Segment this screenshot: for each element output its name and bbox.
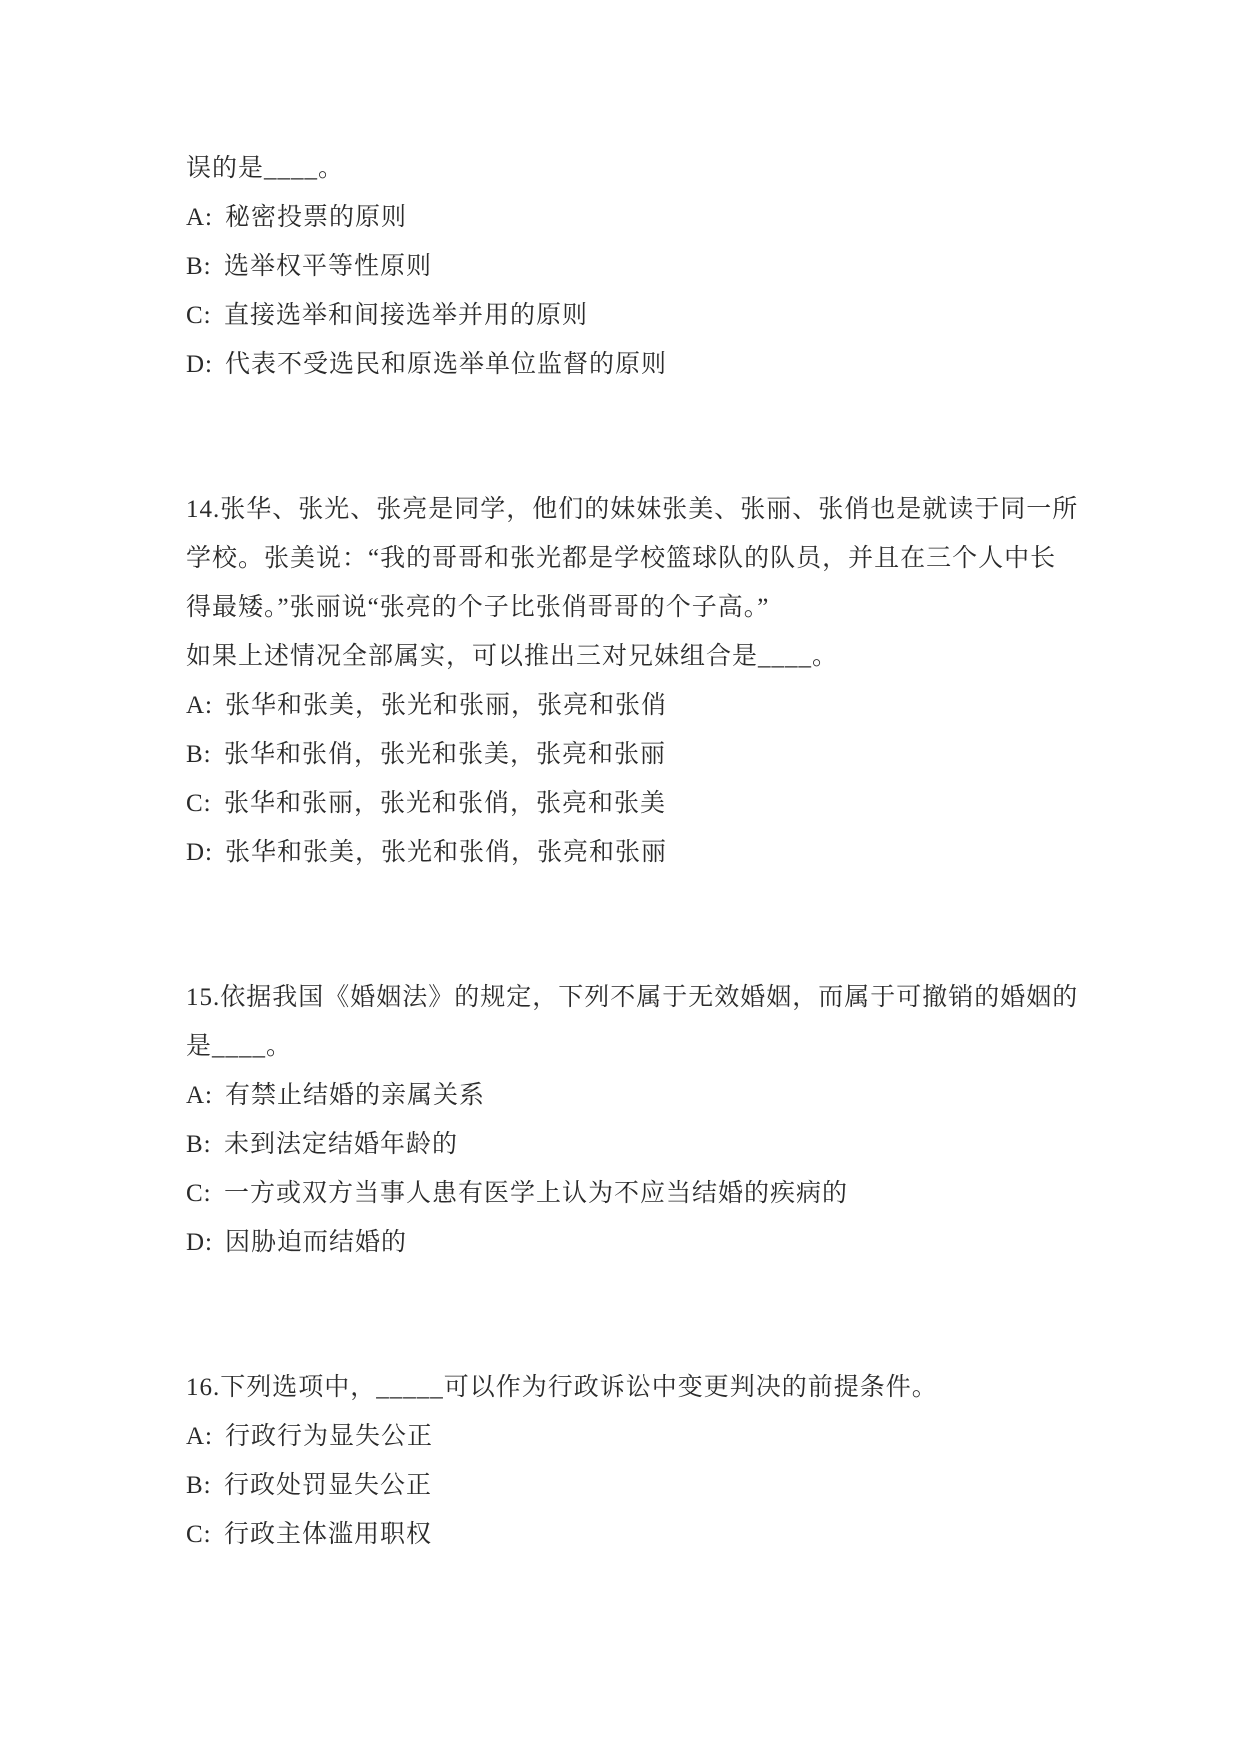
- option-row-c: C:一方或双方当事人患有医学上认为不应当结婚的疾病的: [186, 1169, 1106, 1218]
- option-row-c: C:行政主体滥用职权: [186, 1510, 1106, 1559]
- question-block-13-continued: 误的是____。 A:秘密投票的原则 B:选举权平等性原则 C:直接选举和间接选…: [186, 144, 1106, 389]
- option-label: A:: [186, 1412, 213, 1461]
- option-text: 行政主体滥用职权: [224, 1521, 432, 1548]
- option-text: 有禁止结婚的亲属关系: [225, 1082, 485, 1109]
- option-row-b: B:未到法定结婚年龄的: [186, 1120, 1106, 1169]
- question-block-16: 16.下列选项中，_____可以作为行政诉讼中变更判决的前提条件。 A:行政行为…: [186, 1363, 1106, 1559]
- option-label: A:: [186, 1071, 213, 1120]
- option-label: B:: [186, 1120, 212, 1169]
- question-stem-line: 16.下列选项中，_____可以作为行政诉讼中变更判决的前提条件。: [186, 1363, 1106, 1412]
- option-row-a: A:秘密投票的原则: [186, 193, 1106, 242]
- option-text: 一方或双方当事人患有医学上认为不应当结婚的疾病的: [224, 1180, 848, 1207]
- question-stem-line: 15.依据我国《婚姻法》的规定，下列不属于无效婚姻，而属于可撤销的婚姻的: [186, 973, 1106, 1022]
- option-label: C:: [186, 1169, 212, 1218]
- question-stem-line: 如果上述情况全部属实，可以推出三对兄妹组合是____。: [186, 632, 1106, 681]
- option-text: 行政处罚显失公正: [224, 1472, 432, 1499]
- option-text: 张华和张美，张光和张丽，张亮和张俏: [225, 692, 667, 719]
- option-label: C:: [186, 1510, 212, 1559]
- option-row-a: A:有禁止结婚的亲属关系: [186, 1071, 1106, 1120]
- option-row-d: D:代表不受选民和原选举单位监督的原则: [186, 340, 1106, 389]
- option-text: 张华和张美，张光和张俏，张亮和张丽: [225, 839, 667, 866]
- option-text: 直接选举和间接选举并用的原则: [224, 302, 588, 329]
- option-row-a: A:行政行为显失公正: [186, 1412, 1106, 1461]
- option-label: D:: [186, 340, 213, 389]
- option-row-c: C:张华和张丽，张光和张俏，张亮和张美: [186, 779, 1106, 828]
- question-stem-line: 14.张华、张光、张亮是同学，他们的妹妹张美、张丽、张俏也是就读于同一所: [186, 485, 1106, 534]
- question-stem-line: 是____。: [186, 1022, 1106, 1071]
- question-block-14: 14.张华、张光、张亮是同学，他们的妹妹张美、张丽、张俏也是就读于同一所 学校。…: [186, 485, 1106, 877]
- question-stem-line: 学校。张美说：“我的哥哥和张光都是学校篮球队的队员，并且在三个人中长: [186, 534, 1106, 583]
- option-text: 张华和张丽，张光和张俏，张亮和张美: [224, 790, 666, 817]
- document-page: 误的是____。 A:秘密投票的原则 B:选举权平等性原则 C:直接选举和间接选…: [0, 0, 1240, 1753]
- option-label: D:: [186, 1218, 213, 1267]
- option-label: C:: [186, 291, 212, 340]
- option-text: 秘密投票的原则: [225, 204, 407, 231]
- option-text: 因胁迫而结婚的: [225, 1229, 407, 1256]
- option-row-d: D:因胁迫而结婚的: [186, 1218, 1106, 1267]
- option-label: A:: [186, 193, 213, 242]
- option-label: B:: [186, 1461, 212, 1510]
- option-text: 行政行为显失公正: [225, 1423, 433, 1450]
- option-label: D:: [186, 828, 213, 877]
- question-stem-line: 得最矮。”张丽说“张亮的个子比张俏哥哥的个子高。”: [186, 583, 1106, 632]
- question-stem-line: 误的是____。: [186, 144, 1106, 193]
- option-text: 代表不受选民和原选举单位监督的原则: [225, 351, 667, 378]
- option-text: 张华和张俏，张光和张美，张亮和张丽: [224, 741, 666, 768]
- option-row-d: D:张华和张美，张光和张俏，张亮和张丽: [186, 828, 1106, 877]
- option-row-a: A:张华和张美，张光和张丽，张亮和张俏: [186, 681, 1106, 730]
- option-row-b: B:张华和张俏，张光和张美，张亮和张丽: [186, 730, 1106, 779]
- questions-content: 误的是____。 A:秘密投票的原则 B:选举权平等性原则 C:直接选举和间接选…: [186, 144, 1106, 1559]
- option-row-c: C:直接选举和间接选举并用的原则: [186, 291, 1106, 340]
- option-row-b: B:行政处罚显失公正: [186, 1461, 1106, 1510]
- option-row-b: B:选举权平等性原则: [186, 242, 1106, 291]
- option-label: B:: [186, 730, 212, 779]
- option-text: 未到法定结婚年龄的: [224, 1131, 458, 1158]
- option-label: A:: [186, 681, 213, 730]
- question-block-15: 15.依据我国《婚姻法》的规定，下列不属于无效婚姻，而属于可撤销的婚姻的 是__…: [186, 973, 1106, 1267]
- option-text: 选举权平等性原则: [224, 253, 432, 280]
- option-label: C:: [186, 779, 212, 828]
- option-label: B:: [186, 242, 212, 291]
